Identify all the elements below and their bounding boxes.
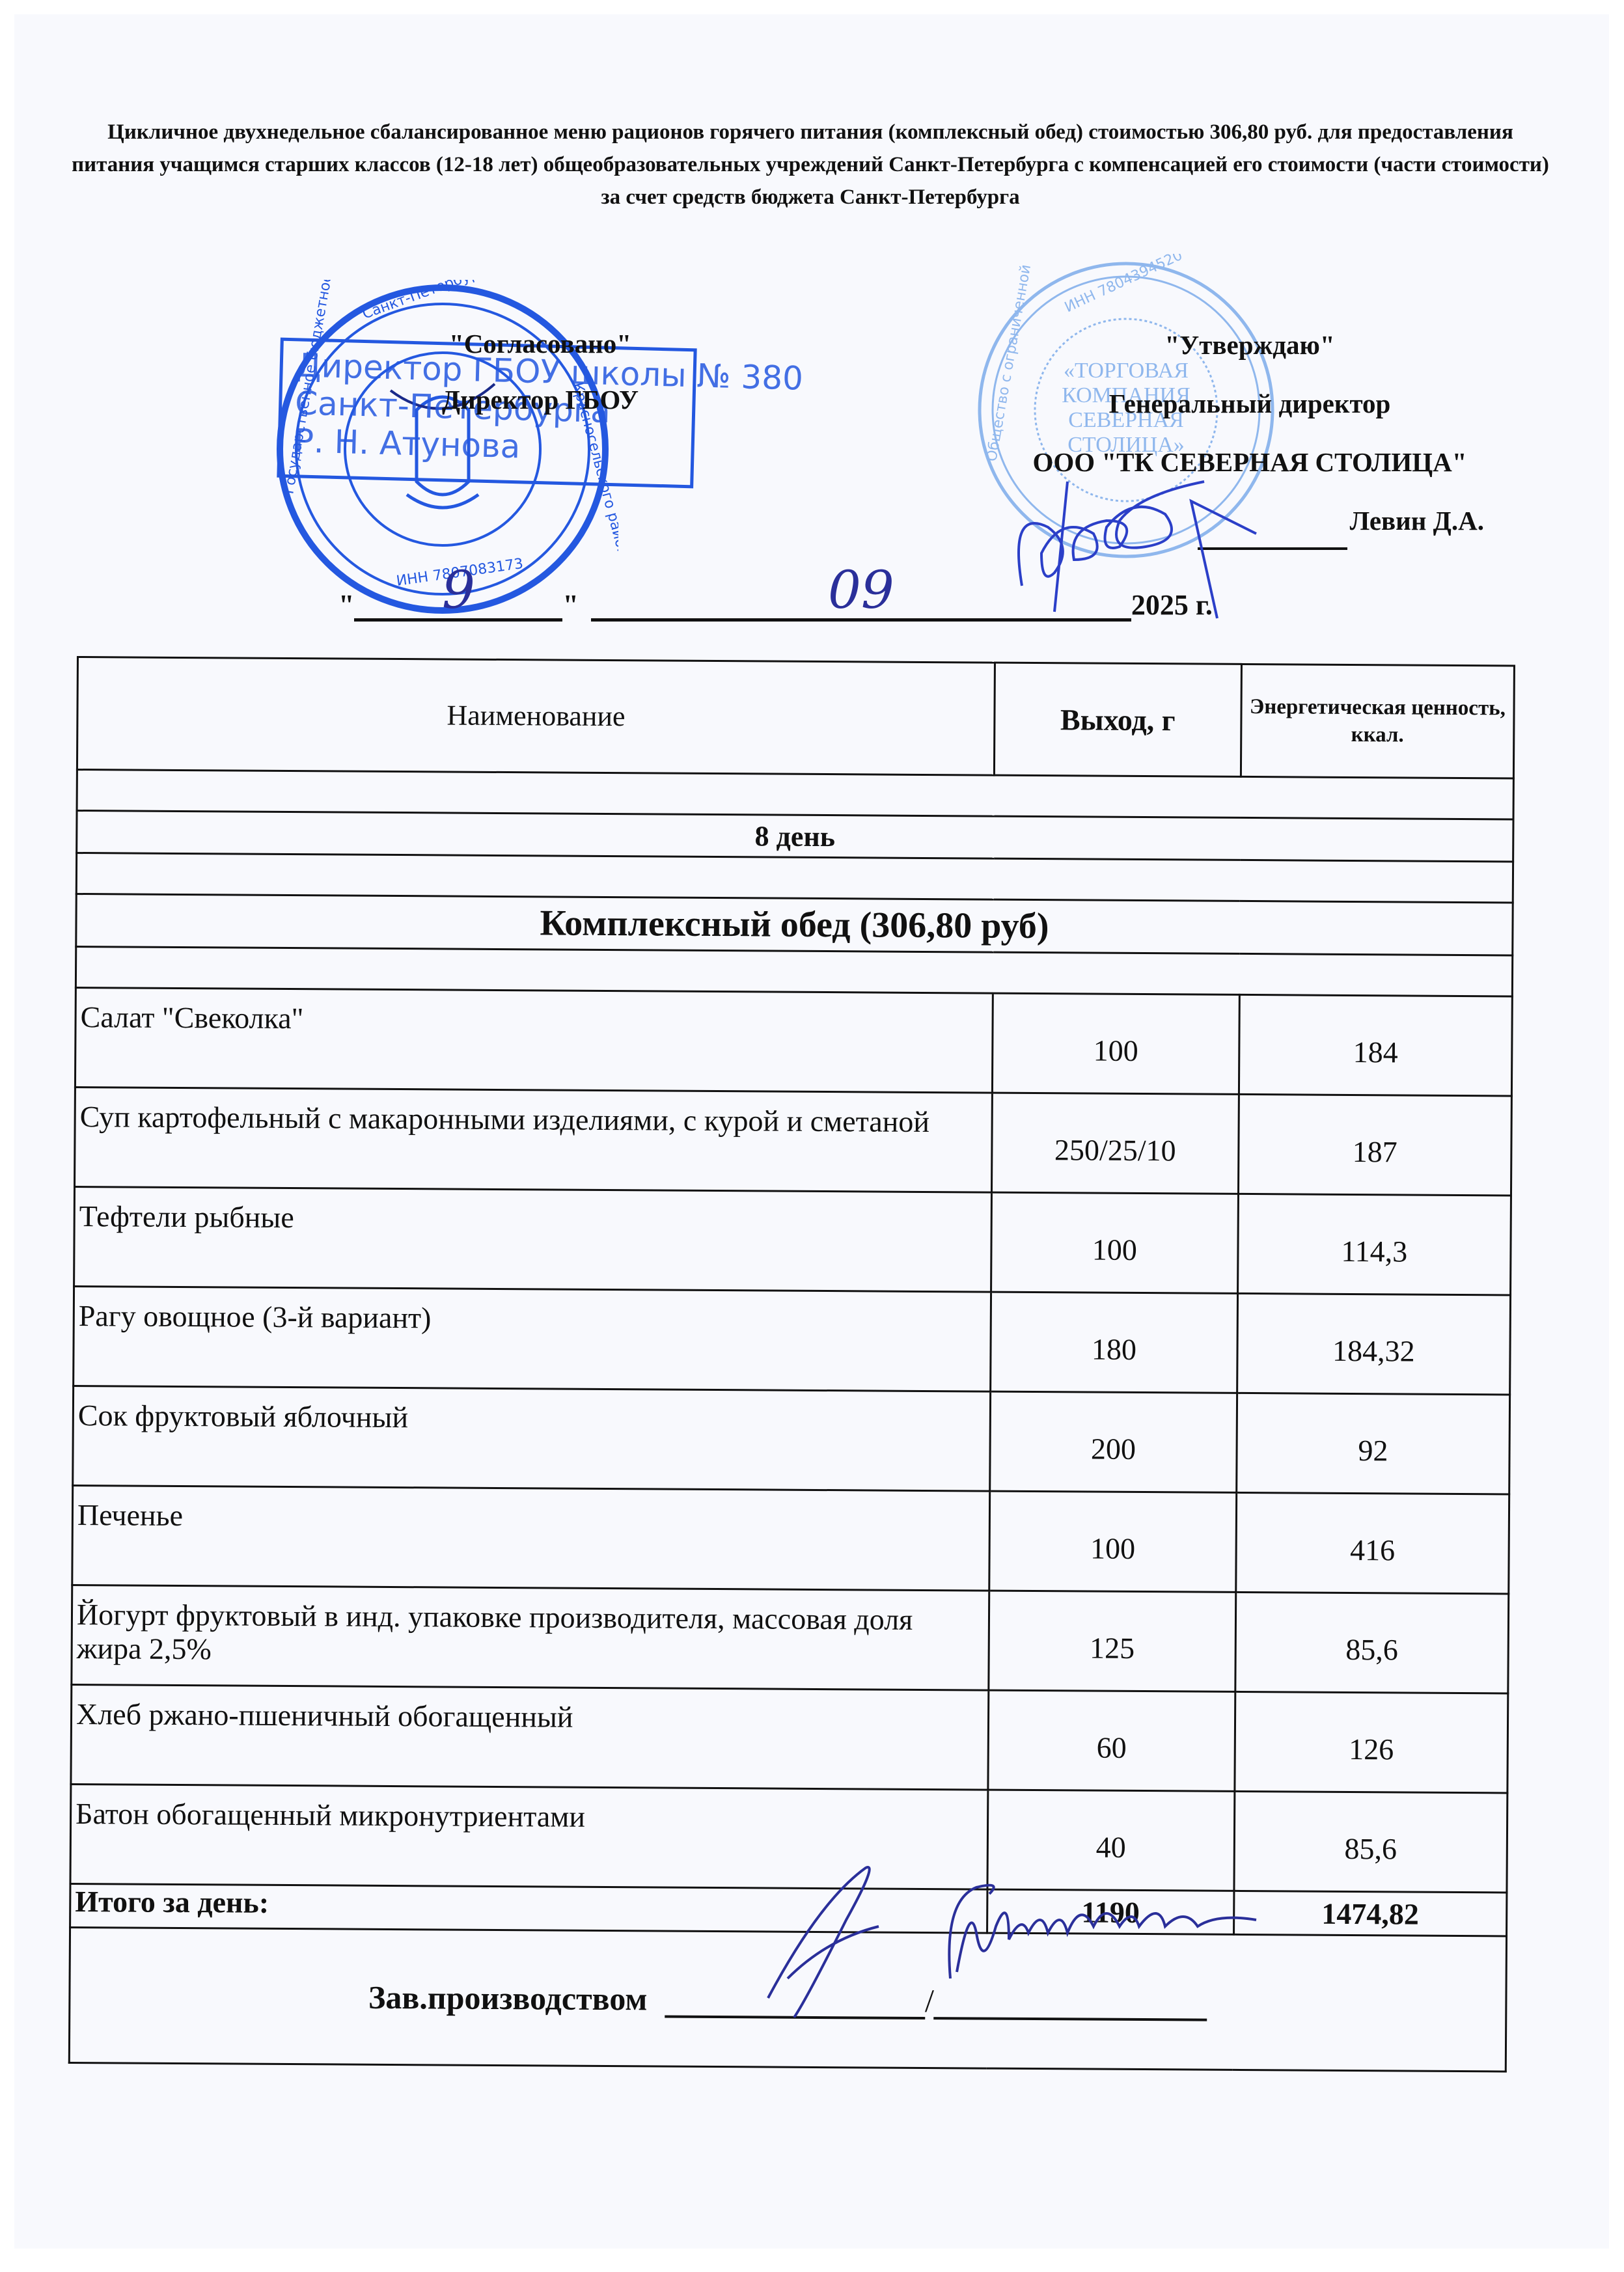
dish-name: Суп картофельный с макаронными изделиями… (75, 1087, 993, 1192)
dish-yield: 100 (991, 1192, 1239, 1293)
table-row: Батон обогащенный микронутриентами 40 85… (70, 1784, 1507, 1892)
dish-yield: 40 (987, 1790, 1235, 1891)
dish-name: Рагу овощное (3-й вариант) (74, 1286, 991, 1391)
dish-yield: 60 (988, 1690, 1235, 1791)
dish-kcal: 126 (1235, 1691, 1508, 1793)
dish-kcal: 85,6 (1234, 1791, 1507, 1893)
dish-kcal: 187 (1238, 1094, 1511, 1196)
dish-kcal: 184 (1239, 994, 1512, 1096)
signoff-row: Зав.производством / (69, 1927, 1506, 2071)
approved-heading: "Утверждаю" (1015, 316, 1484, 374)
agreed-block: "Согласовано" Директор ГБОУ (365, 316, 716, 428)
date-day-field: 9 (354, 586, 562, 622)
menu-table: Наименование Выход, г Энергетическая цен… (68, 656, 1515, 2072)
dish-kcal: 184,32 (1237, 1293, 1510, 1395)
dish-name: Хлеб ржано-пшеничный обогащенный (71, 1684, 989, 1790)
signoff-label: Зав.производством (368, 1978, 648, 2017)
header-name: Наименование (77, 657, 995, 776)
table-row: Хлеб ржано-пшеничный обогащенный 60 126 (71, 1684, 1508, 1792)
agreed-position: Директор ГБОУ (365, 372, 716, 428)
quote-open: " (338, 589, 354, 621)
dish-kcal: 114,3 (1237, 1194, 1511, 1295)
dish-yield: 180 (991, 1292, 1238, 1393)
signature-blank (665, 1982, 925, 2019)
total-kcal: 1474,82 (1233, 1891, 1507, 1936)
table-row: Салат "Свеколка" 100 184 (75, 987, 1512, 1095)
dish-yield: 100 (992, 993, 1239, 1094)
approved-signer: Левин Д.А. (1350, 506, 1484, 536)
signoff-cell: Зав.производством / (69, 1927, 1506, 2071)
dish-yield: 250/25/10 (992, 1093, 1239, 1194)
dish-yield: 200 (990, 1391, 1237, 1492)
document-title: Цикличное двухнедельное сбалансированное… (72, 116, 1549, 213)
total-yield: 1190 (987, 1889, 1234, 1934)
agreed-heading: "Согласовано" (365, 316, 716, 372)
handwritten-day: 9 (442, 560, 475, 620)
date-month-field: 09 (591, 586, 1131, 622)
total-label: Итого за день: (70, 1883, 987, 1933)
table-row: Тефтели рыбные 100 114,3 (74, 1186, 1511, 1294)
dish-name: Печенье (72, 1485, 990, 1591)
meal-row: Комплексный обед (306,80 руб) (76, 894, 1513, 955)
approved-signer-line: Левин Д.А. (1015, 491, 1484, 550)
table-row: Йогурт фруктовый в инд. упаковке произво… (72, 1585, 1509, 1693)
dish-name: Батон обогащенный микронутриентами (70, 1784, 988, 1889)
signature-blank (1198, 521, 1347, 550)
table-row: Рагу овощное (3-й вариант) 180 184,32 (74, 1286, 1511, 1394)
table-header-row: Наименование Выход, г Энергетическая цен… (77, 657, 1514, 778)
meal-label: Комплексный обед (306,80 руб) (76, 894, 1513, 955)
name-blank (934, 1984, 1207, 2021)
approved-block: "Утверждаю" Генеральный директор ООО "ТК… (1015, 316, 1484, 550)
approved-company: ООО "ТК СЕВЕРНАЯ СТОЛИЦА" (1015, 433, 1484, 491)
header-yield: Выход, г (994, 663, 1241, 776)
date-year: 2025 г. (1131, 589, 1213, 621)
handwritten-month: 09 (828, 560, 894, 620)
header-kcal: Энергетическая ценность, ккал. (1241, 664, 1514, 778)
dish-kcal: 416 (1236, 1492, 1509, 1594)
quote-close: " (562, 589, 578, 621)
table-row: Сок фруктовый яблочный 200 92 (73, 1386, 1510, 1494)
signoff-separator: / (925, 1982, 934, 2018)
dish-yield: 100 (989, 1491, 1237, 1592)
table-row: Суп картофельный с макаронными изделиями… (75, 1087, 1512, 1195)
table-row: Печенье 100 416 (72, 1485, 1509, 1593)
dish-name: Сок фруктовый яблочный (73, 1386, 991, 1491)
dish-kcal: 92 (1236, 1393, 1509, 1494)
dish-name: Тефтели рыбные (74, 1186, 992, 1292)
dish-yield: 125 (989, 1591, 1236, 1691)
approved-position: Генеральный директор (1015, 374, 1484, 433)
approval-date: "9" 092025 г. (338, 586, 1213, 622)
dish-name: Йогурт фруктовый в инд. упаковке произво… (72, 1585, 989, 1690)
dish-name: Салат "Свеколка" (75, 987, 993, 1093)
dish-kcal: 85,6 (1235, 1592, 1509, 1693)
